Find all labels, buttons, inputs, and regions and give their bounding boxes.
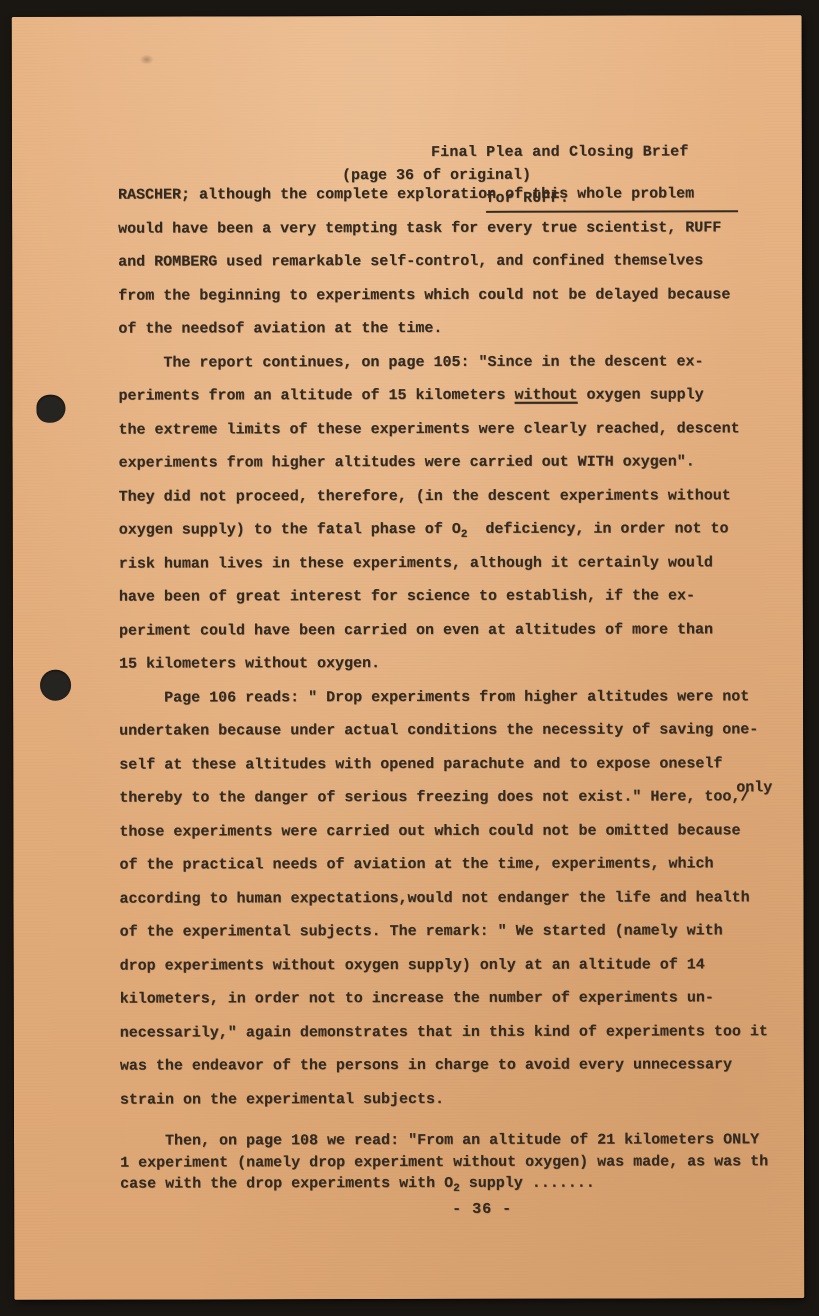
text-line: experiments from higher altitudes were c… <box>119 445 779 480</box>
text-line: the extreme limits of these experiments … <box>118 412 778 447</box>
text-line: periments from an altitude of 15 kilomet… <box>118 378 778 413</box>
document-page: Final Plea and Closing Brief for RUFF. (… <box>12 15 805 1300</box>
header-title-line1: Final Plea and Closing Brief <box>431 140 738 164</box>
text-line: and ROMBERG used remarkable self-control… <box>118 244 778 279</box>
hole-punch-bottom <box>40 670 71 701</box>
text-line: Then, on page 108 we read: "From an alti… <box>120 1129 780 1152</box>
text-line: of the needsof aviation at the time. <box>118 311 778 346</box>
text-line: drop experiments without oxygen supply) … <box>120 948 780 983</box>
text-line: according to human expectations,would no… <box>119 881 779 916</box>
photo-background: Final Plea and Closing Brief for RUFF. (… <box>0 0 819 1316</box>
text-line: Page 106 reads: " Drop experiments from … <box>119 680 779 715</box>
text-line: have been of great interest for science … <box>119 579 779 614</box>
text-line: of the experimental subjects. The remark… <box>120 914 780 949</box>
page-number: - 36 - <box>452 1201 512 1218</box>
text-line: risk human lives in these experiments, a… <box>119 546 779 581</box>
text-line: strain on the experimental subjects. <box>120 1082 780 1117</box>
text-line: kilometers, in order not to increase the… <box>120 981 780 1016</box>
document-body: RASCHER; although the complete explorati… <box>118 177 780 1195</box>
insertion-note: only <box>736 779 772 796</box>
text-line: thereby to the danger of serious freezin… <box>119 780 779 815</box>
ink-smudge <box>140 55 154 65</box>
text-line: case with the drop experiments with O2 s… <box>120 1172 780 1195</box>
text-line: They did not proceed, therefore, (in the… <box>119 479 779 514</box>
text-line: periment could have been carried on even… <box>119 613 779 648</box>
text-line: 1 experiment (namely drop experiment wit… <box>120 1151 780 1174</box>
text-line: from the beginning to experiments which … <box>118 278 778 313</box>
text-line: was the endeavor of the persons in charg… <box>120 1048 780 1083</box>
hole-punch-top <box>36 395 65 423</box>
text-line: undertaken because under actual conditio… <box>119 713 779 748</box>
text-line: necessarily," again demonstrates that in… <box>120 1015 780 1050</box>
text-line: oxygen supply) to the fatal phase of O2 … <box>119 512 779 547</box>
text-line: RASCHER; although the complete explorati… <box>118 177 778 212</box>
text-line: of the practical needs of aviation at th… <box>119 847 779 882</box>
text-line: would have been a very tempting task for… <box>118 211 778 246</box>
text-line: those experiments were carried out which… <box>119 814 779 849</box>
text-line: 15 kilometers without oxygen. <box>119 646 779 681</box>
text-line: The report continues, on page 105: "Sinc… <box>118 345 778 380</box>
text-line: self at these altitudes with opened para… <box>119 747 779 782</box>
